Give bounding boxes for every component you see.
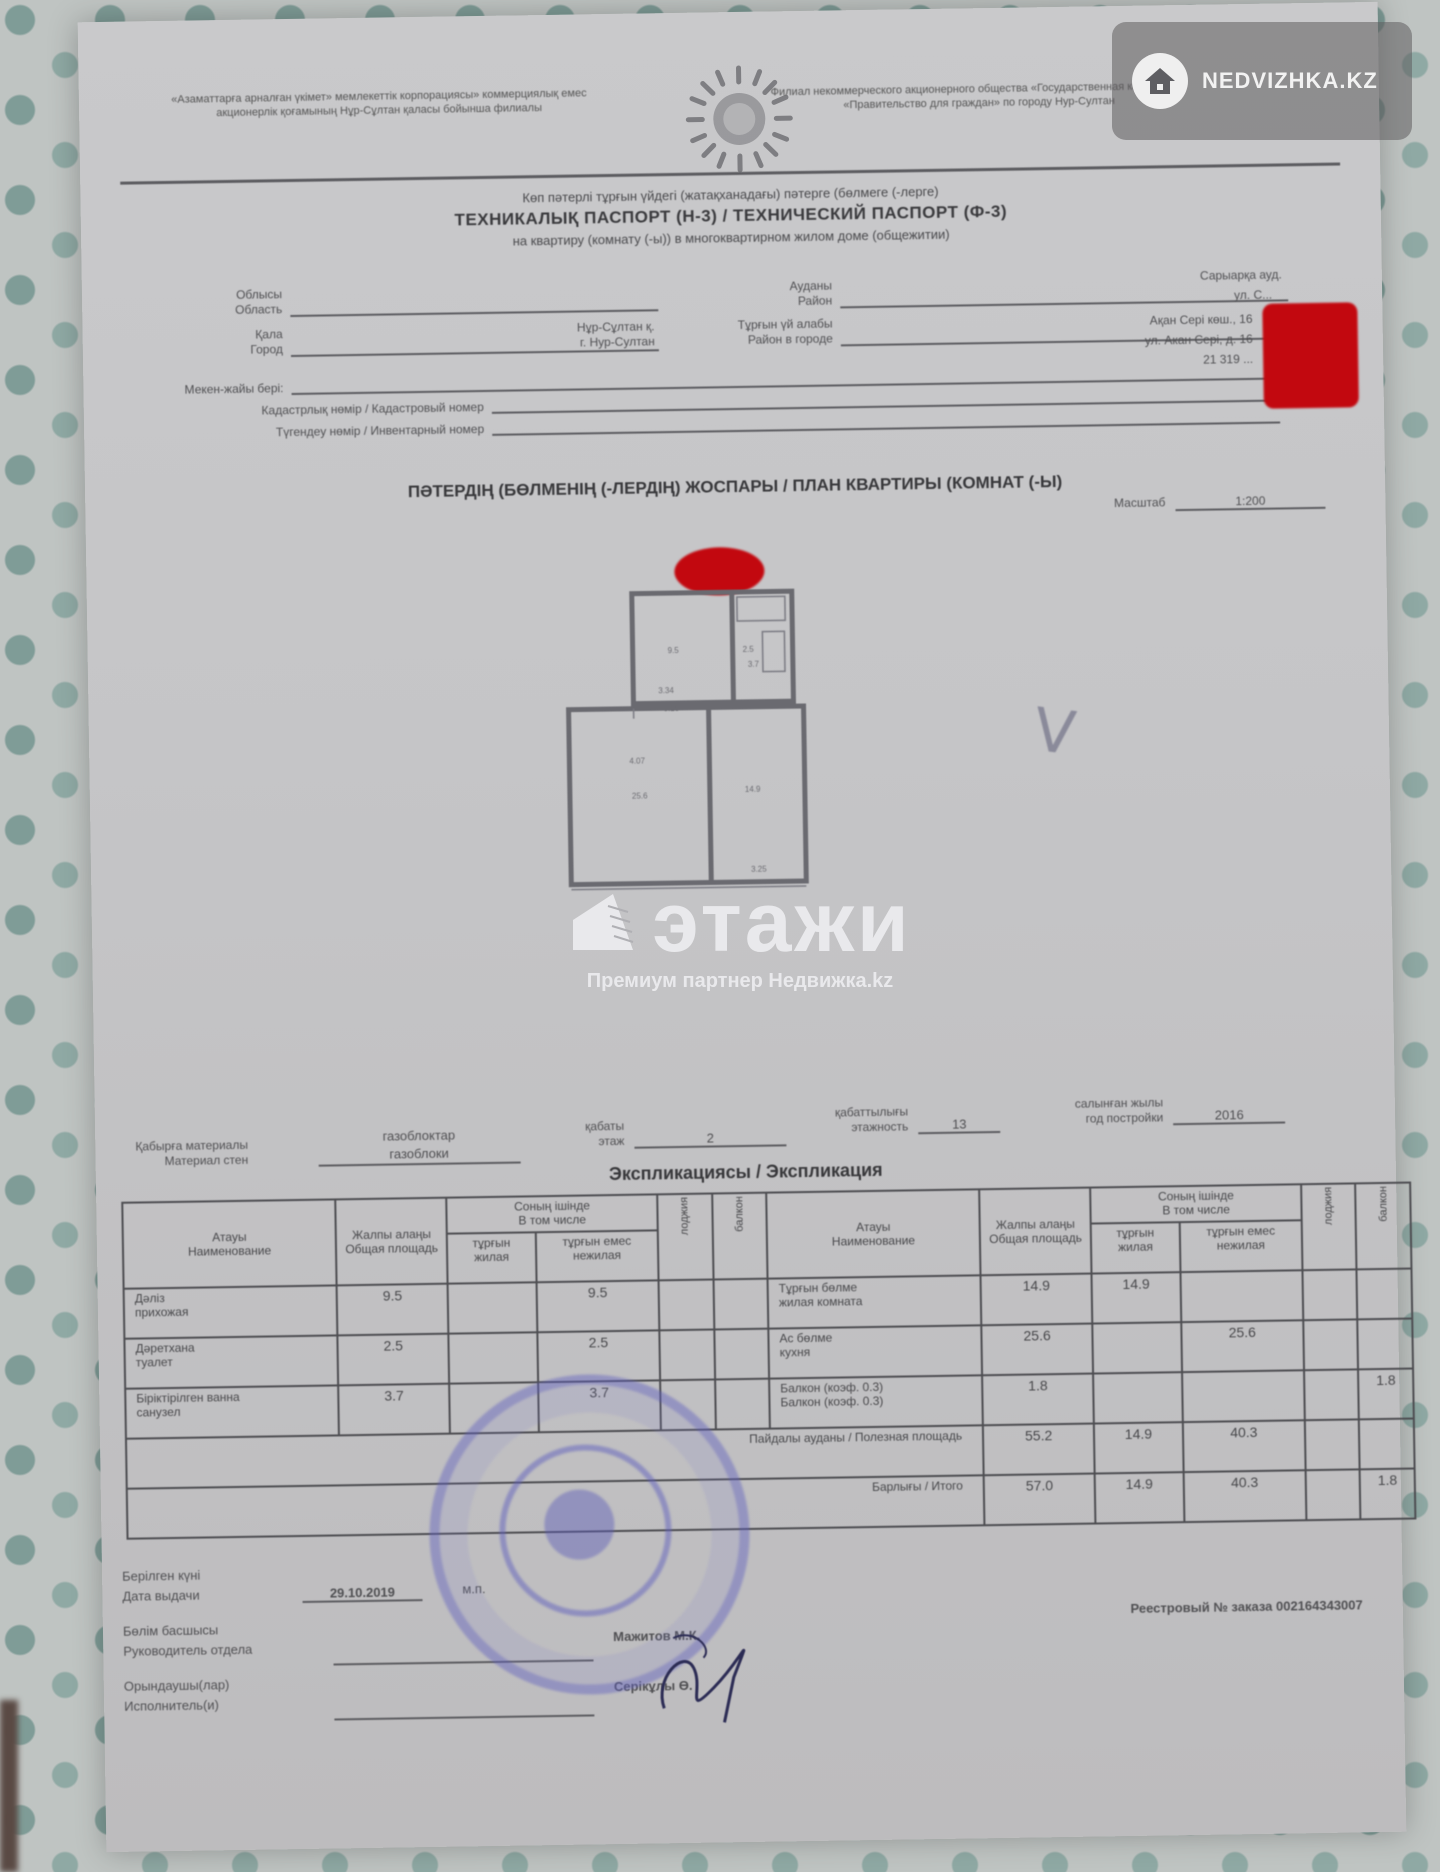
field-oblast: Облысы Область	[182, 281, 658, 318]
svg-text:3.7: 3.7	[748, 660, 760, 669]
svg-text:4.07: 4.07	[629, 756, 645, 765]
svg-text:14.9: 14.9	[745, 785, 761, 794]
plan-room-label: 9.5	[668, 646, 680, 655]
handwritten-check-mark: V	[1030, 695, 1079, 770]
issue-date-label: Берілген күні Дата выдачи	[122, 1566, 201, 1607]
executor-label: Орындаушы(лар) Исполнитель(и)	[124, 1675, 230, 1717]
badge-text: NEDVIZHKA.KZ	[1202, 68, 1378, 94]
address-kz-value: Ақан Серi көш., 16	[1150, 312, 1253, 328]
signature	[643, 1616, 785, 1728]
watermark-subtitle: Премиум партнер Недвижка.kz	[510, 970, 970, 993]
etazhi-watermark: этажи Премиум партнер Недвижка.kz	[510, 880, 970, 993]
svg-text:3.25: 3.25	[751, 865, 767, 874]
floor-field: қабаты этаж 2	[585, 1116, 787, 1149]
year-field: салынған жылы год постройки 2016	[1075, 1093, 1286, 1126]
apartment-floor-plan: 9.5 2.5 3.7 4.07 25.6 14.9 3.34 3.18 3.2…	[557, 580, 882, 915]
address-fields: Облысы Область Қала Город Нұр-Сұлтан қ. …	[122, 260, 1345, 469]
floors-field: қабаттылығы этажность 13	[835, 1103, 1001, 1136]
nedvizhka-badge[interactable]: NEDVIZHKA.KZ	[1112, 22, 1412, 140]
street-value: ул. С...	[1234, 288, 1272, 303]
redaction-mark	[1262, 302, 1359, 408]
issue-date-value: 29.10.2019	[302, 1584, 422, 1603]
document-title: Көп пәтерлі тұрғын үйдегі (жатақханадағы…	[80, 177, 1381, 255]
svg-text:3.34: 3.34	[658, 686, 674, 695]
watermark-brand: этажи	[652, 880, 911, 964]
material-field: Қабырға материалы Материал стен газоблок…	[135, 1126, 520, 1170]
explication-table: Атауы Наименование Жалпы алаңы Общая пло…	[121, 1182, 1416, 1540]
svg-text:2.5: 2.5	[743, 645, 755, 654]
field-city: Қала Город Нұр-Сұлтан қ. г. Нур-Султан	[183, 319, 659, 358]
address-ru-value: ул. Акан Серi, д. 16	[1145, 332, 1253, 348]
header-org-kz: «Азаматтарға арналған үкімет» мемлекетті…	[149, 86, 609, 121]
explication-body: Дәліз прихожая9.59.5Тұрғын бөлме жилая к…	[124, 1269, 1416, 1539]
emblem-sun-icon	[683, 63, 795, 175]
plan-scale: Масштаб 1:200	[1114, 493, 1326, 512]
district-value: Сарыарқа ауд.	[1200, 267, 1282, 282]
svg-text:25.6: 25.6	[632, 791, 648, 800]
registry-number: Реестровый № заказа 002164343007	[1130, 1597, 1362, 1616]
background-edge	[0, 1700, 18, 1872]
house-icon	[1132, 53, 1188, 109]
svg-text:3.18: 3.18	[663, 704, 679, 713]
head-label: Бөлім басшысы Руководитель отдела	[123, 1620, 253, 1662]
building-icon	[568, 892, 638, 952]
cadastral-value: 21 319 ...	[1203, 352, 1253, 367]
